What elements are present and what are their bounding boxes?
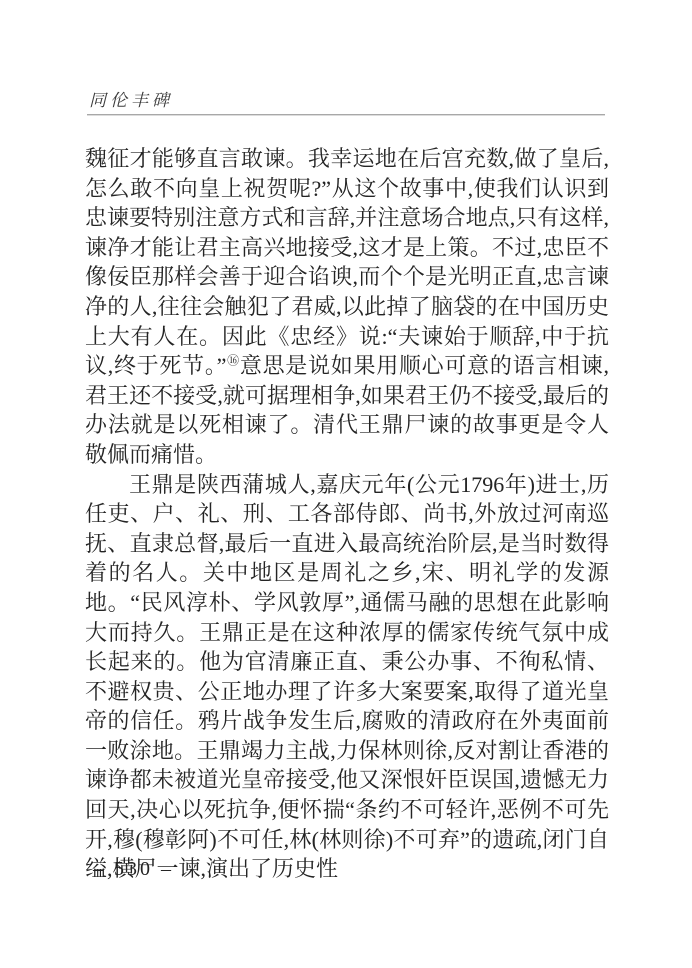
paragraph-1: 魏征才能够直言敢谏。我幸运地在后宫充数,做了皇后,怎么敢不向皇上祝贺呢?”从这个… [85, 144, 609, 470]
paragraph-2: 王鼎是陕西蒲城人,嘉庆元年(公元1796年)进士,历任吏、户、礼、刑、工各部侍郎… [85, 470, 609, 884]
book-page: 同伦丰碑 魏征才能够直言敢谏。我幸运地在后宫充数,做了皇后,怎么敢不向皇上祝贺呢… [0, 0, 692, 968]
footnote-mark: ⑯ [226, 354, 239, 368]
paragraph-1-text-a: 魏征才能够直言敢谏。我幸运地在后宫充数,做了皇后,怎么敢不向皇上祝贺呢?”从这个… [85, 146, 609, 378]
page-number: – 530 – [93, 858, 174, 881]
body-text: 魏征才能够直言敢谏。我幸运地在后宫充数,做了皇后,怎么敢不向皇上祝贺呢?”从这个… [85, 144, 609, 884]
running-header-title: 同伦丰碑 [89, 91, 173, 110]
running-header: 同伦丰碑 [89, 86, 173, 111]
header-rule [87, 114, 605, 116]
